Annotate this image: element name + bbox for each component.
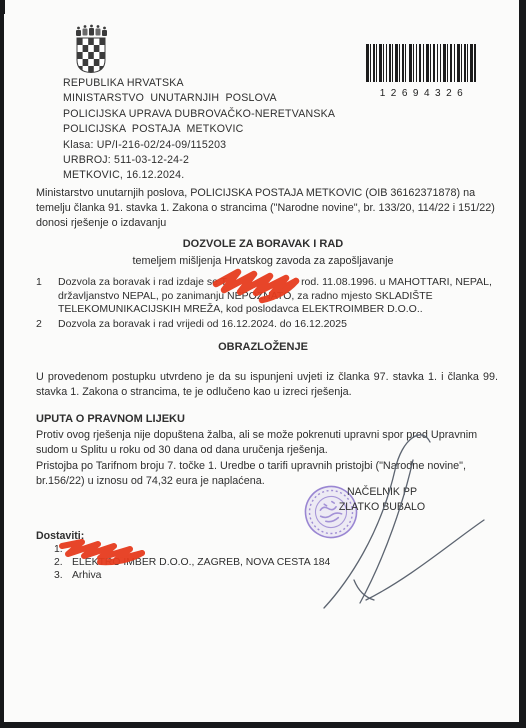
decision-item-2-text: Dozvola za boravak i rad vrijedi od 16.1… bbox=[58, 318, 498, 332]
obrazlozenje-paragraph: U provedenom postupku utvrdeno je da su … bbox=[36, 370, 498, 400]
photo-edge-top-notch bbox=[0, 0, 5, 14]
dostaviti-item-3-text: Arhiva bbox=[72, 569, 101, 582]
handwritten-signature-icon bbox=[298, 428, 508, 623]
scanned-document-photo: 12694326 REPUBLIKA HRVATSKA MINISTARSTVO… bbox=[0, 0, 526, 728]
decision-heading: DOZVOLE ZA BORAVAK I RAD bbox=[0, 238, 526, 250]
letterhead-country: REPUBLIKA HRVATSKA bbox=[63, 76, 393, 91]
photo-edge-left bbox=[0, 0, 4, 728]
letterhead-urbroj: URBROJ: 511-03-12-24-2 bbox=[63, 153, 393, 168]
letterhead-klasa: Klasa: UP/I-216-02/24-09/115203 bbox=[63, 138, 393, 153]
photo-edge-bottom bbox=[0, 722, 526, 728]
redaction-scribble-dostaviti bbox=[56, 536, 150, 566]
photo-edge-right bbox=[519, 0, 526, 728]
letterhead-place-date: METKOVIC, 16.12.2024. bbox=[63, 168, 393, 183]
decision-item-1-number: 1 bbox=[36, 276, 58, 317]
letterhead-police-station: POLICIJSKA POSTAJA METKOVIC bbox=[63, 122, 393, 137]
uputa-heading: UPUTA O PRAVNOM LIJEKU bbox=[36, 413, 336, 425]
croatian-coat-of-arms-icon bbox=[72, 24, 110, 76]
letterhead-police-administration: POLICIJSKA UPRAVA DUBROVAČKO-NERETVANSKA bbox=[63, 107, 393, 122]
letterhead-ministry: MINISTARSTVO UNUTARNJIH POSLOVA bbox=[63, 91, 393, 106]
decision-item-1-before-redaction: Dozvola za boravak i rad izdaje se T bbox=[58, 276, 227, 288]
decision-item-2: 2 Dozvola za boravak i rad vrijedi od 16… bbox=[36, 318, 498, 332]
obrazlozenje-heading: OBRAZLOŽENJE bbox=[0, 341, 526, 353]
redaction-scribble-name bbox=[208, 264, 304, 304]
letterhead: REPUBLIKA HRVATSKA MINISTARSTVO UNUTARNJ… bbox=[63, 76, 393, 184]
dostaviti-item-3: 3. Arhiva bbox=[36, 569, 336, 582]
dostaviti-item-3-number: 3. bbox=[54, 569, 72, 582]
intro-paragraph: Ministarstvo unutarnjih poslova, POLICIJ… bbox=[36, 186, 496, 232]
decision-item-2-number: 2 bbox=[36, 318, 58, 332]
